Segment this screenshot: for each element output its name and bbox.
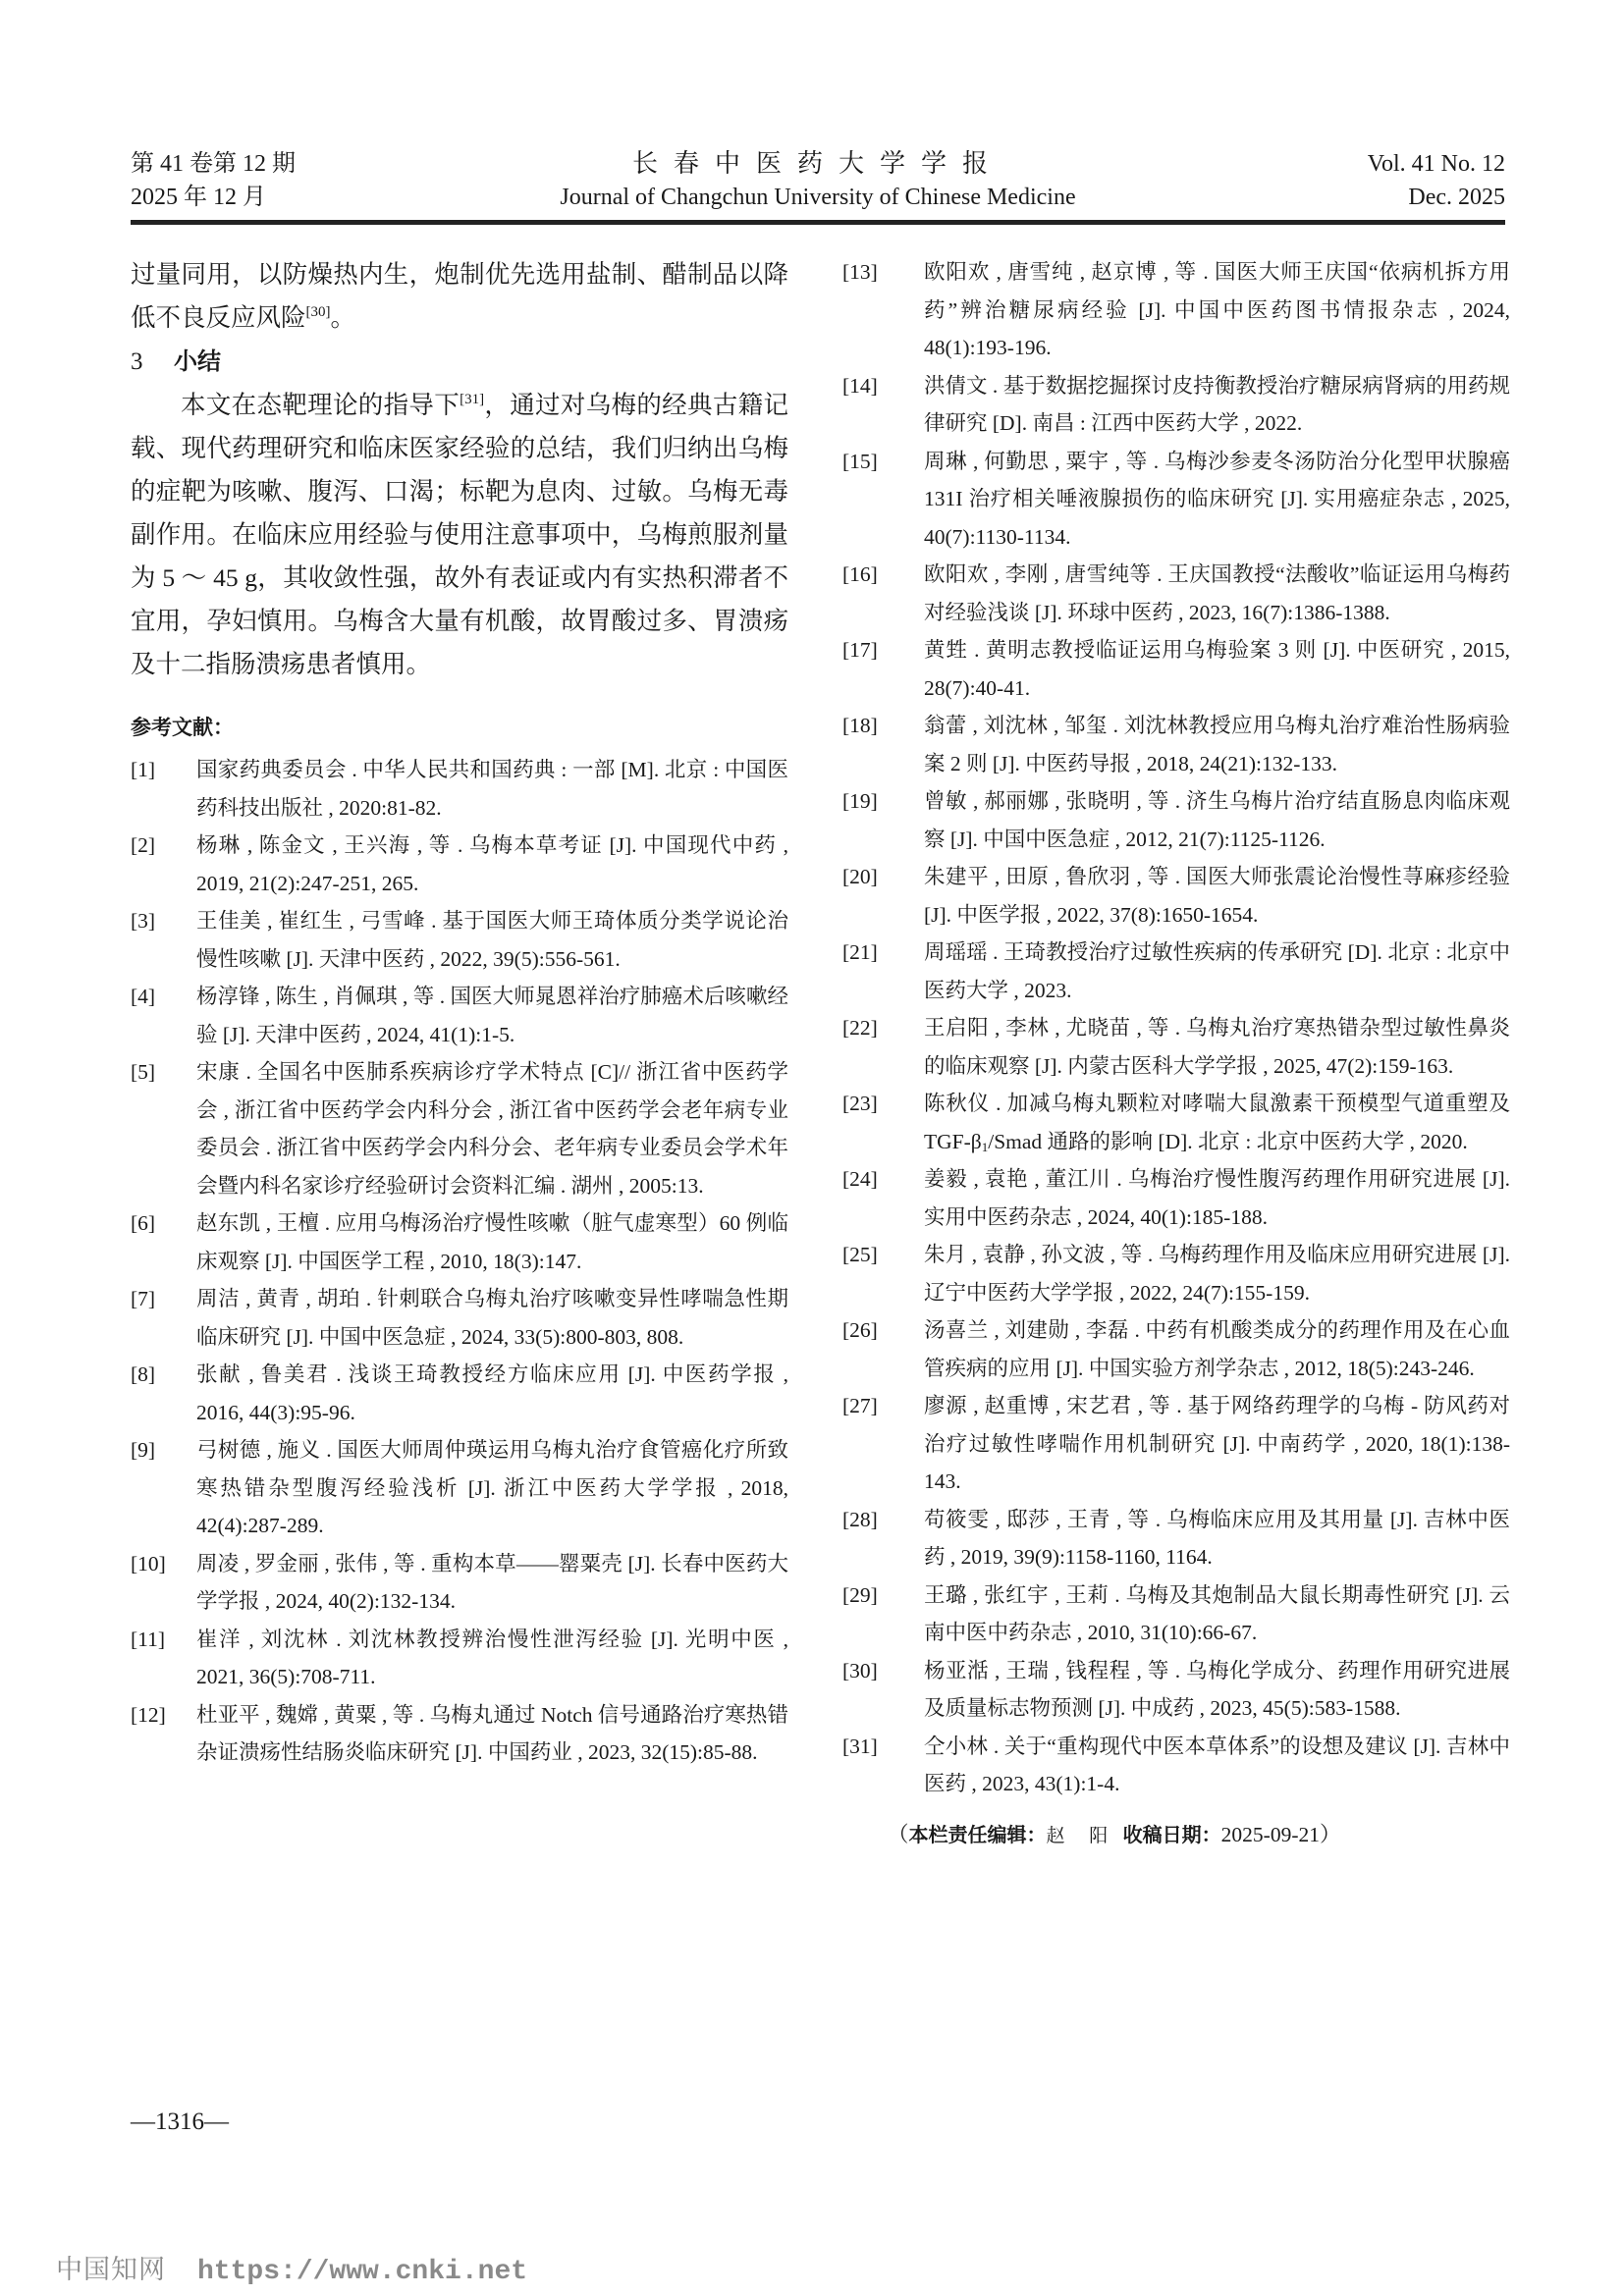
reference-item: [17]黄甡 . 黄明志教授临证运用乌梅验案 3 则 [J]. 中医研究 , 2… — [852, 631, 1510, 707]
reference-item: [13]欧阳欢 , 唐雪纯 , 赵京博 , 等 . 国医大师王庆国“依病机拆方用… — [852, 253, 1510, 367]
reference-text: 欧阳欢 , 唐雪纯 , 赵京博 , 等 . 国医大师王庆国“依病机拆方用药”辨治… — [924, 260, 1510, 359]
reference-item: [23]陈秋仪 . 加减乌梅丸颗粒对哮喘大鼠激素干预模型气道重塑及 TGF-β1… — [852, 1085, 1510, 1160]
reference-item: [1]国家药典委员会 . 中华人民共和国药典 : 一部 [M]. 北京 : 中国… — [131, 751, 788, 827]
reference-item: [8]张献 , 鲁美君 . 浅谈王琦教授经方临床应用 [J]. 中医药学报 , … — [131, 1356, 788, 1431]
page-number: —1316— — [131, 2109, 229, 2136]
reference-number: [25] — [842, 1236, 905, 1274]
reference-text: 朱建平 , 田原 , 鲁欣羽 , 等 . 国医大师张震论治慢性荨麻疹经验 [J]… — [924, 865, 1510, 927]
reference-number: [6] — [131, 1204, 193, 1243]
reference-number: [12] — [131, 1696, 193, 1735]
reference-item: [31]仝小林 . 关于“重构现代中医本草体系”的设想及建议 [J]. 吉林中医… — [852, 1728, 1510, 1803]
reference-item: [21]周瑶瑶 . 王琦教授治疗过敏性疾病的传承研究 [D]. 北京 : 北京中… — [852, 934, 1510, 1009]
reference-list-right: [13]欧阳欢 , 唐雪纯 , 赵京博 , 等 . 国医大师王庆国“依病机拆方用… — [852, 253, 1510, 1803]
reference-number: [29] — [842, 1576, 905, 1615]
reference-number: [19] — [842, 782, 905, 821]
reference-number: [16] — [842, 556, 905, 594]
header-rule — [131, 220, 1505, 225]
reference-item: [6]赵东凯 , 王檀 . 应用乌梅汤治疗慢性咳嗽（脏气虚寒型）60 例临床观察… — [131, 1204, 788, 1280]
watermark-cn: 中国知网 — [56, 2255, 166, 2285]
editor-note: （本栏责任编辑：赵 阳 收稿日期：2025-09-21） — [852, 1815, 1510, 1856]
reference-text: 曾敏 , 郝丽娜 , 张晓明 , 等 . 济生乌梅片治疗结直肠息肉临床观察 [J… — [924, 789, 1510, 851]
reference-item: [9]弓树德 , 施义 . 国医大师周仲瑛运用乌梅丸治疗食管癌化疗所致寒热错杂型… — [131, 1431, 788, 1545]
reference-text: 王佳美 , 崔红生 , 弓雪峰 . 基于国医大师王琦体质分类学说论治慢性咳嗽 [… — [196, 909, 788, 971]
reference-text: 仝小林 . 关于“重构现代中医本草体系”的设想及建议 [J]. 吉林中医药 , … — [924, 1735, 1510, 1796]
citation: [30] — [306, 304, 331, 320]
reference-text: 国家药典委员会 . 中华人民共和国药典 : 一部 [M]. 北京 : 中国医药科… — [196, 758, 788, 820]
reference-text: 黄甡 . 黄明志教授临证运用乌梅验案 3 则 [J]. 中医研究 , 2015,… — [924, 638, 1510, 700]
reference-item: [20]朱建平 , 田原 , 鲁欣羽 , 等 . 国医大师张震论治慢性荨麻疹经验… — [852, 858, 1510, 934]
reference-number: [26] — [842, 1311, 905, 1350]
journal-title-cn: 长春中医药大学学报 — [131, 147, 1505, 181]
editor-name: 赵 阳 — [1047, 1826, 1118, 1846]
reference-item: [7]周洁 , 黄青 , 胡珀 . 针刺联合乌梅丸治疗咳嗽变异性哮喘急性期临床研… — [131, 1280, 788, 1356]
reference-number: [15] — [842, 443, 905, 481]
reference-item: [2]杨琳 , 陈金文 , 王兴海 , 等 . 乌梅本草考证 [J]. 中国现代… — [131, 827, 788, 902]
reference-number: [31] — [842, 1728, 905, 1766]
reference-item: [22]王启阳 , 李林 , 尤晓苗 , 等 . 乌梅丸治疗寒热错杂型过敏性鼻炎… — [852, 1009, 1510, 1085]
reference-text: 张献 , 鲁美君 . 浅谈王琦教授经方临床应用 [J]. 中医药学报 , 201… — [196, 1362, 788, 1424]
reference-item: [24]姜毅 , 袁艳 , 董江川 . 乌梅治疗慢性腹泻药理作用研究进展 [J]… — [852, 1160, 1510, 1236]
volume-issue-en: Vol. 41 No. 12 — [1368, 147, 1505, 181]
reference-number: [28] — [842, 1501, 905, 1539]
reference-number: [1] — [131, 751, 193, 789]
reference-item: [26]汤喜兰 , 刘建勋 , 李磊 . 中药有机酸类成分的药理作用及在心血管疾… — [852, 1311, 1510, 1387]
reference-text: 弓树德 , 施义 . 国医大师周仲瑛运用乌梅丸治疗食管癌化疗所致寒热错杂型腹泻经… — [196, 1438, 788, 1537]
watermark-url[interactable]: https://www.cnki.net — [197, 2257, 527, 2287]
reference-text: 汤喜兰 , 刘建勋 , 李磊 . 中药有机酸类成分的药理作用及在心血管疾病的应用… — [924, 1318, 1510, 1380]
reference-item: [14]洪倩文 . 基于数据挖掘探讨皮持衡教授治疗糖尿病肾病的用药规律研究 [D… — [852, 367, 1510, 443]
reference-text: 杨亚湉 , 王瑞 , 钱程程 , 等 . 乌梅化学成分、药理作用研究进展及质量标… — [924, 1659, 1510, 1721]
reference-number: [20] — [842, 858, 905, 896]
reference-item: [25]朱月 , 袁静 , 孙文波 , 等 . 乌梅药理作用及临床应用研究进展 … — [852, 1236, 1510, 1311]
left-column: 过量同用，以防燥热内生，炮制优先选用盐制、醋制品以降低不良反应风险[30]。 3… — [131, 253, 788, 1772]
reference-item: [3]王佳美 , 崔红生 , 弓雪峰 . 基于国医大师王琦体质分类学说论治慢性咳… — [131, 902, 788, 978]
reference-item: [28]苟筱雯 , 邸莎 , 王青 , 等 . 乌梅临床应用及其用量 [J]. … — [852, 1501, 1510, 1576]
reference-text: 赵东凯 , 王檀 . 应用乌梅汤治疗慢性咳嗽（脏气虚寒型）60 例临床观察 [J… — [196, 1211, 788, 1273]
cnki-watermark: 中国知网https://www.cnki.net — [56, 2248, 527, 2287]
reference-text: 朱月 , 袁静 , 孙文波 , 等 . 乌梅药理作用及临床应用研究进展 [J].… — [924, 1243, 1510, 1305]
references-heading: 参考文献： — [131, 708, 788, 747]
editor-label: 本栏责任编辑： — [909, 1823, 1047, 1846]
reference-text: 杨淳锋 , 陈生 , 肖佩琪 , 等 . 国医大师晁恩祥治疗肺癌术后咳嗽经验 [… — [196, 985, 788, 1046]
date-en: Dec. 2025 — [1368, 181, 1505, 214]
summary-paragraph: 本文在态靶理论的指导下[31]，通过对乌梅的经典古籍记载、现代药理研究和临床医家… — [131, 384, 788, 686]
reference-text: 宋康 . 全国名中医肺系疾病诊疗学术特点 [C]// 浙江省中医药学会 , 浙江… — [196, 1060, 788, 1198]
reference-item: [5]宋康 . 全国名中医肺系疾病诊疗学术特点 [C]// 浙江省中医药学会 ,… — [131, 1053, 788, 1204]
reference-text: 苟筱雯 , 邸莎 , 王青 , 等 . 乌梅临床应用及其用量 [J]. 吉林中医… — [924, 1508, 1510, 1570]
reference-text: 姜毅 , 袁艳 , 董江川 . 乌梅治疗慢性腹泻药理作用研究进展 [J]. 实用… — [924, 1167, 1510, 1229]
running-header: 第 41 卷第 12 期 2025 年 12 月 长春中医药大学学报 Journ… — [131, 147, 1505, 216]
reference-item: [15]周琳 , 何勤思 , 粟宇 , 等 . 乌梅沙参麦冬汤防治分化型甲状腺癌… — [852, 443, 1510, 557]
reference-item: [16]欧阳欢 , 李刚 , 唐雪纯等 . 王庆国教授“法酸收”临证运用乌梅药对… — [852, 556, 1510, 631]
received-label: 收稿日期： — [1123, 1823, 1221, 1846]
reference-text: 翁蕾 , 刘沈林 , 邹玺 . 刘沈林教授应用乌梅丸治疗难治性肠病验案 2 则 … — [924, 714, 1510, 775]
reference-number: [18] — [842, 707, 905, 745]
reference-item: [10]周凌 , 罗金丽 , 张伟 , 等 . 重构本草——罂粟壳 [J]. 长… — [131, 1545, 788, 1621]
reference-number: [5] — [131, 1053, 193, 1092]
reference-text: 杨琳 , 陈金文 , 王兴海 , 等 . 乌梅本草考证 [J]. 中国现代中药 … — [196, 833, 788, 895]
reference-item: [11]崔洋 , 刘沈林 . 刘沈林教授辨治慢性泄泻经验 [J]. 光明中医 ,… — [131, 1621, 788, 1696]
reference-text: 崔洋 , 刘沈林 . 刘沈林教授辨治慢性泄泻经验 [J]. 光明中医 , 202… — [196, 1628, 788, 1689]
reference-number: [24] — [842, 1160, 905, 1199]
reference-number: [4] — [131, 978, 193, 1016]
reference-item: [27]廖源 , 赵重博 , 宋艺君 , 等 . 基于网络药理学的乌梅 - 防风… — [852, 1387, 1510, 1501]
reference-list-left: [1]国家药典委员会 . 中华人民共和国药典 : 一部 [M]. 北京 : 中国… — [131, 751, 788, 1772]
reference-text: 王璐 , 张红宇 , 王莉 . 乌梅及其炮制品大鼠长期毒性研究 [J]. 云南中… — [924, 1583, 1510, 1645]
header-center: 长春中医药大学学报 Journal of Changchun Universit… — [131, 147, 1505, 214]
section-title: 小结 — [174, 347, 221, 375]
reference-item: [19]曾敏 , 郝丽娜 , 张晓明 , 等 . 济生乌梅片治疗结直肠息肉临床观… — [852, 782, 1510, 858]
reference-number: [17] — [842, 631, 905, 669]
reference-item: [4]杨淳锋 , 陈生 , 肖佩琪 , 等 . 国医大师晁恩祥治疗肺癌术后咳嗽经… — [131, 978, 788, 1053]
section-heading: 3小结 — [131, 340, 788, 384]
citation: [31] — [460, 392, 484, 407]
reference-number: [23] — [842, 1085, 905, 1123]
reference-item: [29]王璐 , 张红宇 , 王莉 . 乌梅及其炮制品大鼠长期毒性研究 [J].… — [852, 1576, 1510, 1652]
reference-text: 王启阳 , 李林 , 尤晓苗 , 等 . 乌梅丸治疗寒热错杂型过敏性鼻炎的临床观… — [924, 1016, 1510, 1078]
reference-number: [22] — [842, 1009, 905, 1047]
reference-number: [10] — [131, 1545, 193, 1583]
reference-item: [18]翁蕾 , 刘沈林 , 邹玺 . 刘沈林教授应用乌梅丸治疗难治性肠病验案 … — [852, 707, 1510, 782]
reference-number: [30] — [842, 1652, 905, 1690]
reference-text: 洪倩文 . 基于数据挖掘探讨皮持衡教授治疗糖尿病肾病的用药规律研究 [D]. 南… — [924, 374, 1510, 436]
reference-text: 周洁 , 黄青 , 胡珀 . 针刺联合乌梅丸治疗咳嗽变异性哮喘急性期临床研究 [… — [196, 1287, 788, 1349]
reference-number: [2] — [131, 827, 193, 865]
reference-text: 周琳 , 何勤思 , 粟宇 , 等 . 乌梅沙参麦冬汤防治分化型甲状腺癌 131… — [924, 450, 1510, 549]
reference-number: [21] — [842, 934, 905, 972]
header-right: Vol. 41 No. 12 Dec. 2025 — [1368, 147, 1505, 214]
reference-number: [14] — [842, 367, 905, 405]
right-column: [13]欧阳欢 , 唐雪纯 , 赵京博 , 等 . 国医大师王庆国“依病机拆方用… — [852, 253, 1510, 1856]
journal-title-en: Journal of Changchun University of Chine… — [131, 181, 1505, 214]
received-date: 2025-09-21 — [1221, 1823, 1320, 1846]
reference-number: [8] — [131, 1356, 193, 1394]
reference-text: 杜亚平 , 魏嫦 , 黄粟 , 等 . 乌梅丸通过 Notch 信号通路治疗寒热… — [196, 1703, 788, 1765]
paragraph-continuation: 过量同用，以防燥热内生，炮制优先选用盐制、醋制品以降低不良反应风险[30]。 — [131, 253, 788, 340]
reference-number: [3] — [131, 902, 193, 940]
reference-number: [9] — [131, 1431, 193, 1469]
reference-item: [12]杜亚平 , 魏嫦 , 黄粟 , 等 . 乌梅丸通过 Notch 信号通路… — [131, 1696, 788, 1772]
reference-text: 周瑶瑶 . 王琦教授治疗过敏性疾病的传承研究 [D]. 北京 : 北京中医药大学… — [924, 940, 1510, 1002]
reference-number: [7] — [131, 1280, 193, 1318]
reference-number: [11] — [131, 1621, 193, 1659]
section-number: 3 — [131, 341, 174, 384]
reference-text: 周凌 , 罗金丽 , 张伟 , 等 . 重构本草——罂粟壳 [J]. 长春中医药… — [196, 1552, 788, 1614]
reference-item: [30]杨亚湉 , 王瑞 , 钱程程 , 等 . 乌梅化学成分、药理作用研究进展… — [852, 1652, 1510, 1728]
reference-text: 欧阳欢 , 李刚 , 唐雪纯等 . 王庆国教授“法酸收”临证运用乌梅药对经验浅谈… — [924, 562, 1510, 624]
reference-number: [27] — [842, 1387, 905, 1425]
reference-text: 廖源 , 赵重博 , 宋艺君 , 等 . 基于网络药理学的乌梅 - 防风药对治疗… — [924, 1394, 1510, 1493]
reference-number: [13] — [842, 253, 905, 292]
